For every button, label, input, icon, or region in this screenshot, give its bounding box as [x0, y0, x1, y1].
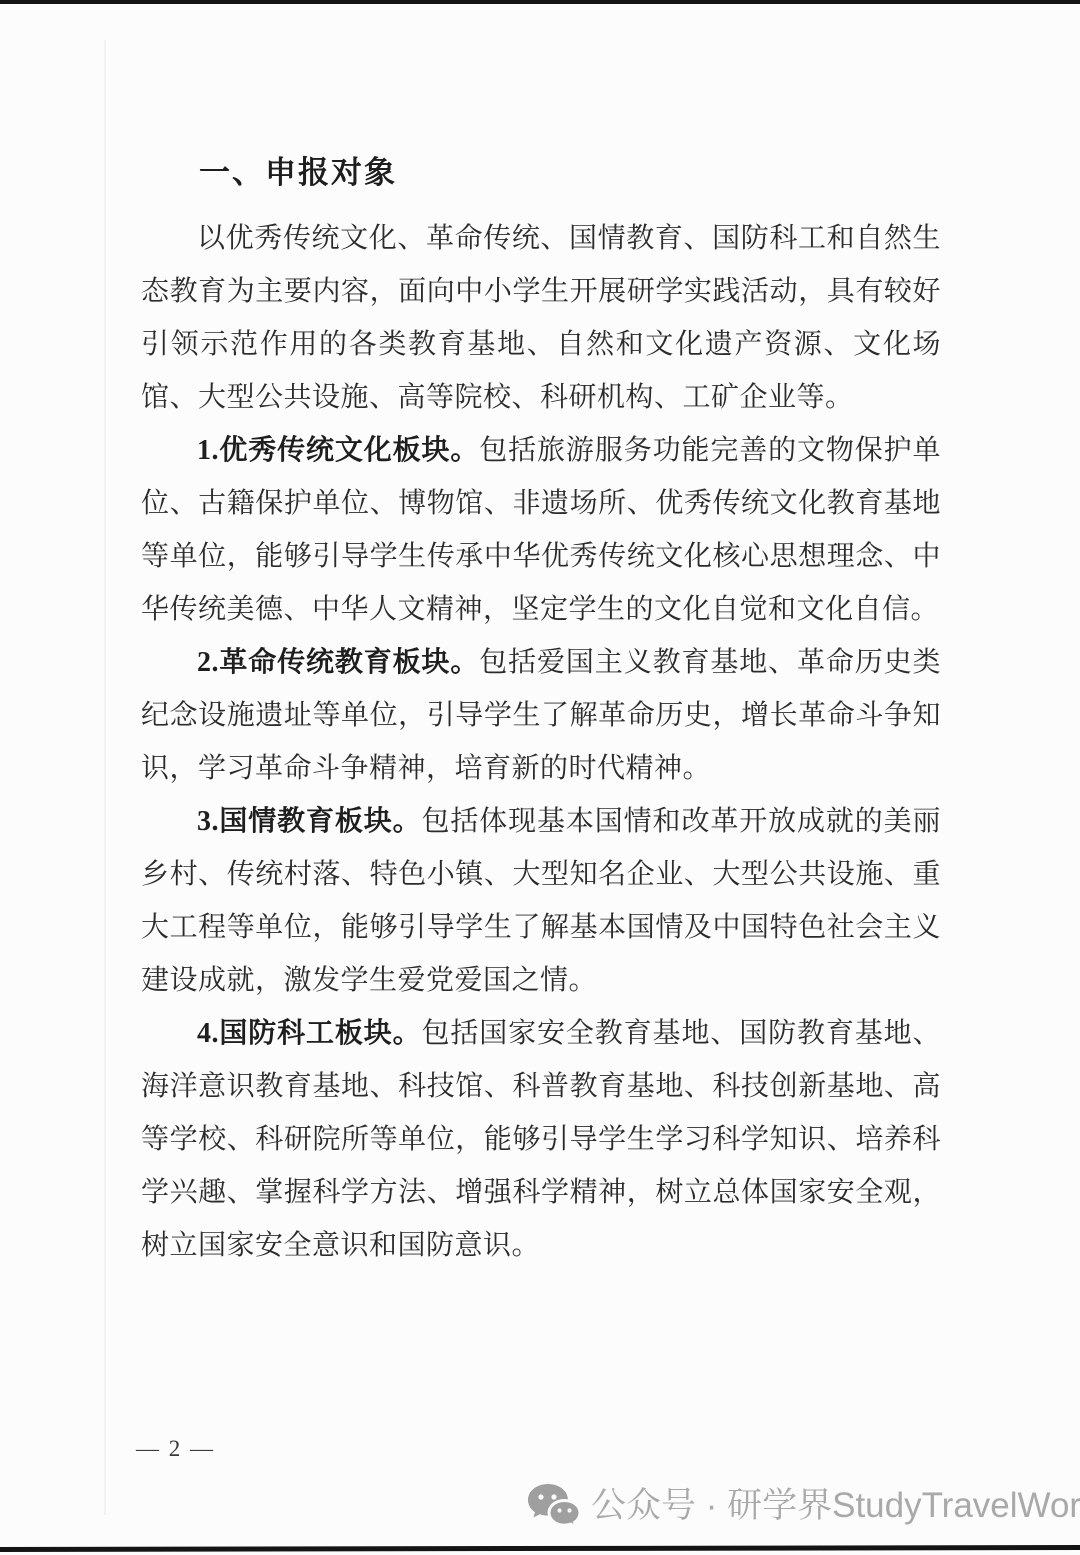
page-crease — [104, 40, 106, 1515]
paragraph-text: 以优秀传统文化、革命传统、国情教育、国防科工和自然生态教育为主要内容，面向中小学… — [141, 223, 941, 413]
paragraph-lead: 1.优秀传统文化板块。 — [197, 435, 479, 466]
scanned-document-page: 一、申报对象 以优秀传统文化、革命传统、国情教育、国防科工和自然生态教育为主要内… — [0, 0, 1080, 1555]
page-number: — 2 — — [136, 1436, 215, 1462]
watermark-text: 公众号 · 研学界StudyTravelWorld — [591, 1482, 1080, 1530]
watermark: 公众号 · 研学界StudyTravelWorld — [527, 1482, 1080, 1530]
scan-edge-bottom — [0, 1545, 1080, 1552]
paragraph-section-4: 4.国防科工板块。包括国家安全教育基地、国防教育基地、海洋意识教育基地、科技馆、… — [141, 1007, 941, 1272]
scan-edge-top — [0, 0, 1080, 4]
paragraph-text: 包括国家安全教育基地、国防教育基地、海洋意识教育基地、科技馆、科普教育基地、科技… — [141, 1018, 941, 1261]
paragraph-lead: 2.革命传统教育板块。 — [197, 647, 479, 678]
paragraph-section-1: 1.优秀传统文化板块。包括旅游服务功能完善的文物保护单位、古籍保护单位、博物馆、… — [141, 424, 941, 636]
wechat-icon — [527, 1483, 581, 1529]
paragraph-section-3: 3.国情教育板块。包括体现基本国情和改革开放成就的美丽乡村、传统村落、特色小镇、… — [141, 795, 941, 1007]
section-heading: 一、申报对象 — [141, 150, 941, 196]
paragraph-section-2: 2.革命传统教育板块。包括爱国主义教育基地、革命历史类纪念设施遗址等单位，引导学… — [141, 636, 941, 795]
paragraph-intro: 以优秀传统文化、革命传统、国情教育、国防科工和自然生态教育为主要内容，面向中小学… — [141, 212, 941, 424]
document-body: 一、申报对象 以优秀传统文化、革命传统、国情教育、国防科工和自然生态教育为主要内… — [141, 150, 941, 1272]
paragraph-lead: 3.国情教育板块。 — [197, 806, 422, 837]
paragraph-lead: 4.国防科工板块。 — [197, 1018, 422, 1049]
